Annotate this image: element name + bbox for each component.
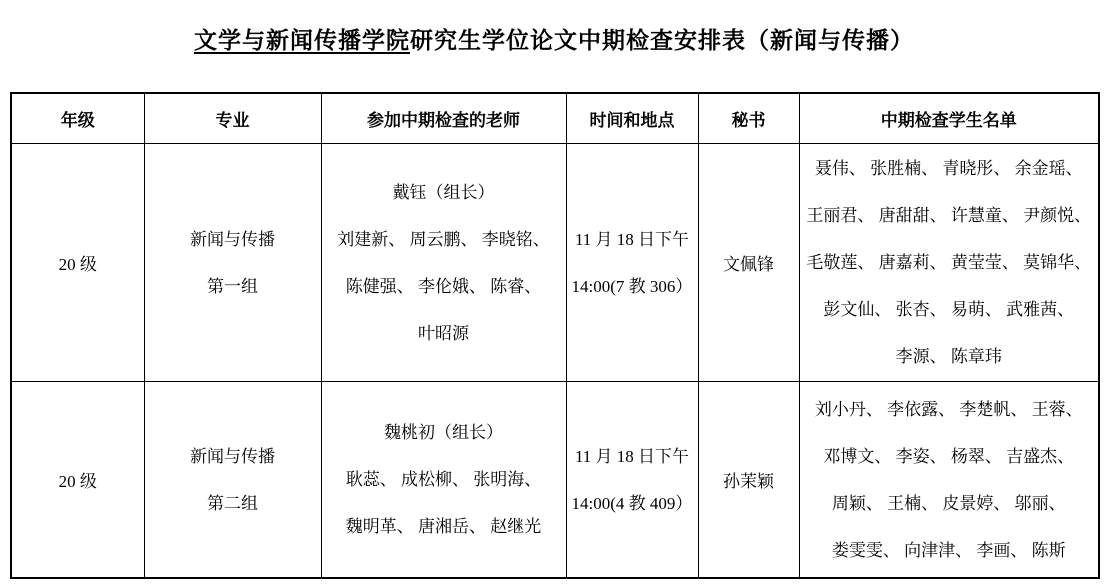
text-line: 陈健强、 李伦娥、 陈睿、 xyxy=(322,263,566,310)
cell-major: 新闻与传播第二组 xyxy=(144,382,321,579)
schedule-table: 年级 专业 参加中期检查的老师 时间和地点 秘书 中期检查学生名单 20 级 新… xyxy=(10,92,1100,579)
text-line: 14:00(7 教 306） xyxy=(567,263,698,310)
text-line: 娄雯雯、 向津津、 李画、 陈斯 xyxy=(800,527,1099,574)
header-teachers: 参加中期检查的老师 xyxy=(321,93,566,144)
header-secretary: 秘书 xyxy=(698,93,799,144)
header-student-list: 中期检查学生名单 xyxy=(799,93,1099,144)
cell-time-place: 11 月 18 日下午14:00(4 教 409） xyxy=(566,382,698,579)
text-line: 14:00(4 教 409） xyxy=(567,480,698,527)
page-title-underlined-part: 文学与新闻传播学院 xyxy=(194,28,410,53)
text-line: 11 月 18 日下午 xyxy=(567,216,698,263)
table-row: 20 级 新闻与传播第一组 戴钰（组长）刘建新、 周云鹏、 李晓铭、陈健强、 李… xyxy=(11,144,1099,382)
text-line: 11 月 18 日下午 xyxy=(567,433,698,480)
cell-secretary: 文佩锋 xyxy=(698,144,799,382)
cell-teachers: 戴钰（组长）刘建新、 周云鹏、 李晓铭、陈健强、 李伦娥、 陈睿、叶昭源 xyxy=(321,144,566,382)
text-line: 叶昭源 xyxy=(322,310,566,357)
cell-student-list: 聂伟、 张胜楠、 青晓彤、 余金瑶、王丽君、 唐甜甜、 许慧童、 尹颜悦、毛敬莲… xyxy=(799,144,1099,382)
cell-time-place: 11 月 18 日下午14:00(7 教 306） xyxy=(566,144,698,382)
text-line: 王丽君、 唐甜甜、 许慧童、 尹颜悦、 xyxy=(800,192,1099,239)
header-row: 年级 专业 参加中期检查的老师 时间和地点 秘书 中期检查学生名单 xyxy=(11,93,1099,144)
page-title: 文学与新闻传播学院研究生学位论文中期检查安排表（新闻与传播） xyxy=(0,22,1108,55)
header-time-place: 时间和地点 xyxy=(566,93,698,144)
text-line: 第一组 xyxy=(145,263,321,310)
cell-grade: 20 级 xyxy=(11,144,144,382)
text-line: 聂伟、 张胜楠、 青晓彤、 余金瑶、 xyxy=(800,145,1099,192)
text-line: 新闻与传播 xyxy=(145,433,321,480)
header-major: 专业 xyxy=(144,93,321,144)
text-line: 彭文仙、 张杏、 易萌、 武雅茜、 xyxy=(800,286,1099,333)
text-line: 邓博文、 李姿、 杨翠、 吉盛杰、 xyxy=(800,433,1099,480)
cell-grade: 20 级 xyxy=(11,382,144,579)
text-line: 李源、 陈章玮 xyxy=(800,333,1099,380)
page-title-rest: 研究生学位论文中期检查安排表（新闻与传播） xyxy=(410,28,914,53)
text-line: 周颖、 王楠、 皮景婷、 邬丽、 xyxy=(800,480,1099,527)
text-line: 魏桃初（组长） xyxy=(322,409,566,456)
text-line: 刘小丹、 李依露、 李楚帆、 王蓉、 xyxy=(800,386,1099,433)
text-line: 第二组 xyxy=(145,480,321,527)
text-line: 刘建新、 周云鹏、 李晓铭、 xyxy=(322,216,566,263)
text-line: 耿蕊、 成松柳、 张明海、 xyxy=(322,456,566,503)
table-row: 20 级 新闻与传播第二组 魏桃初（组长）耿蕊、 成松柳、 张明海、魏明革、 唐… xyxy=(11,382,1099,579)
text-line: 新闻与传播 xyxy=(145,216,321,263)
text-line: 戴钰（组长） xyxy=(322,169,566,216)
cell-teachers: 魏桃初（组长）耿蕊、 成松柳、 张明海、魏明革、 唐湘岳、 赵继光 xyxy=(321,382,566,579)
text-line: 魏明革、 唐湘岳、 赵继光 xyxy=(322,503,566,550)
cell-secretary: 孙茉颖 xyxy=(698,382,799,579)
text-line: 毛敬莲、 唐嘉莉、 黄莹莹、 莫锦华、 xyxy=(800,239,1099,286)
cell-major: 新闻与传播第一组 xyxy=(144,144,321,382)
header-grade: 年级 xyxy=(11,93,144,144)
cell-student-list: 刘小丹、 李依露、 李楚帆、 王蓉、邓博文、 李姿、 杨翠、 吉盛杰、周颖、 王… xyxy=(799,382,1099,579)
document-page: 文学与新闻传播学院研究生学位论文中期检查安排表（新闻与传播） 年级 专业 参加中… xyxy=(0,0,1108,587)
